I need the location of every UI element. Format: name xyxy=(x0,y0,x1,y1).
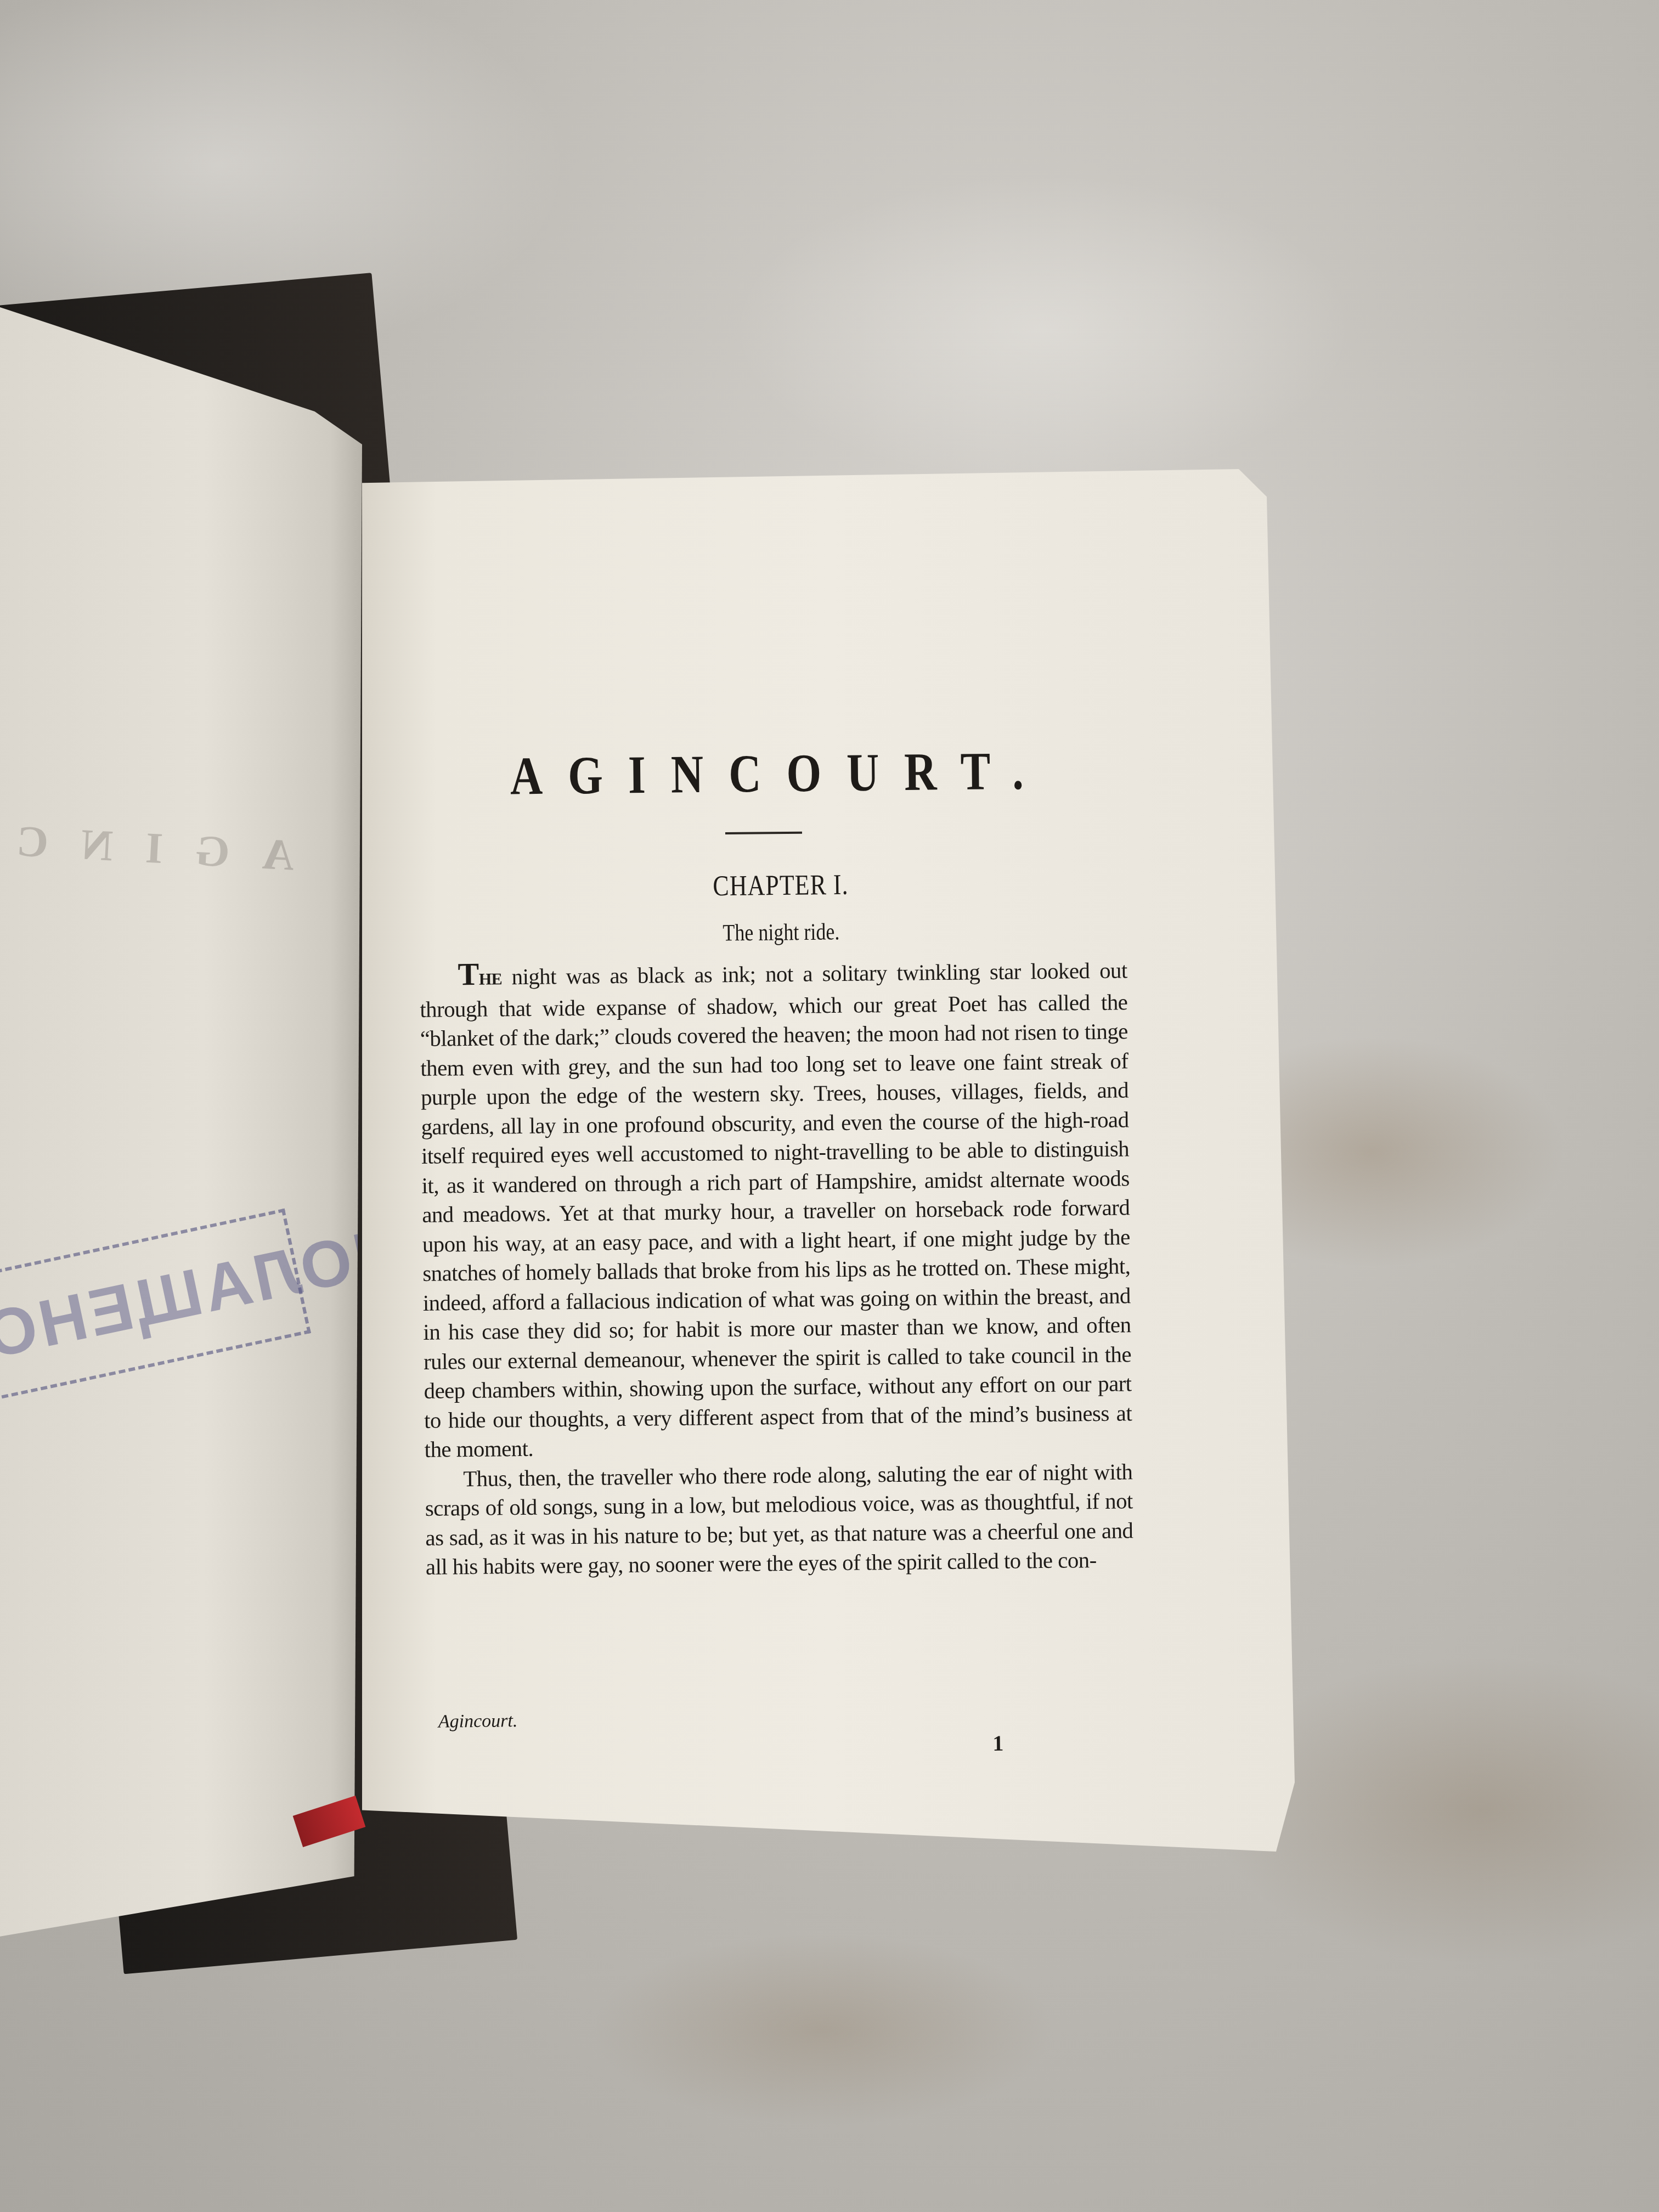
page-number: 1 xyxy=(992,1730,1003,1756)
title-rule xyxy=(725,832,802,834)
small-caps-text: he xyxy=(479,970,502,988)
book-title: AGINCOURT. xyxy=(417,739,1142,809)
chapter-heading: CHAPTER I. xyxy=(419,865,1143,906)
body-text: The night was as black as ink; not a sol… xyxy=(419,952,1133,1582)
paragraph-1: The night was as black as ink; not a sol… xyxy=(419,952,1132,1464)
bleed-through-title: AGINC xyxy=(0,815,296,881)
paragraph-2: Thus, then, the traveller who there rode… xyxy=(425,1457,1133,1582)
library-stamp: ПОЛАЩЕНО xyxy=(0,1209,311,1403)
chapter-subtitle: The night ride. xyxy=(419,915,1143,950)
paragraph-1-text: night was as black as ink; not a solitar… xyxy=(420,957,1132,1462)
signature-mark: Agincourt. xyxy=(438,1711,518,1733)
drop-letter: T xyxy=(458,956,479,992)
left-page: AGINC ПОЛАЩЕНО xyxy=(0,296,362,1942)
stamp-text: ПОЛАЩЕНО xyxy=(0,1211,408,1374)
right-page: AGINCOURT. CHAPTER I. The night ride. Th… xyxy=(362,469,1295,1852)
